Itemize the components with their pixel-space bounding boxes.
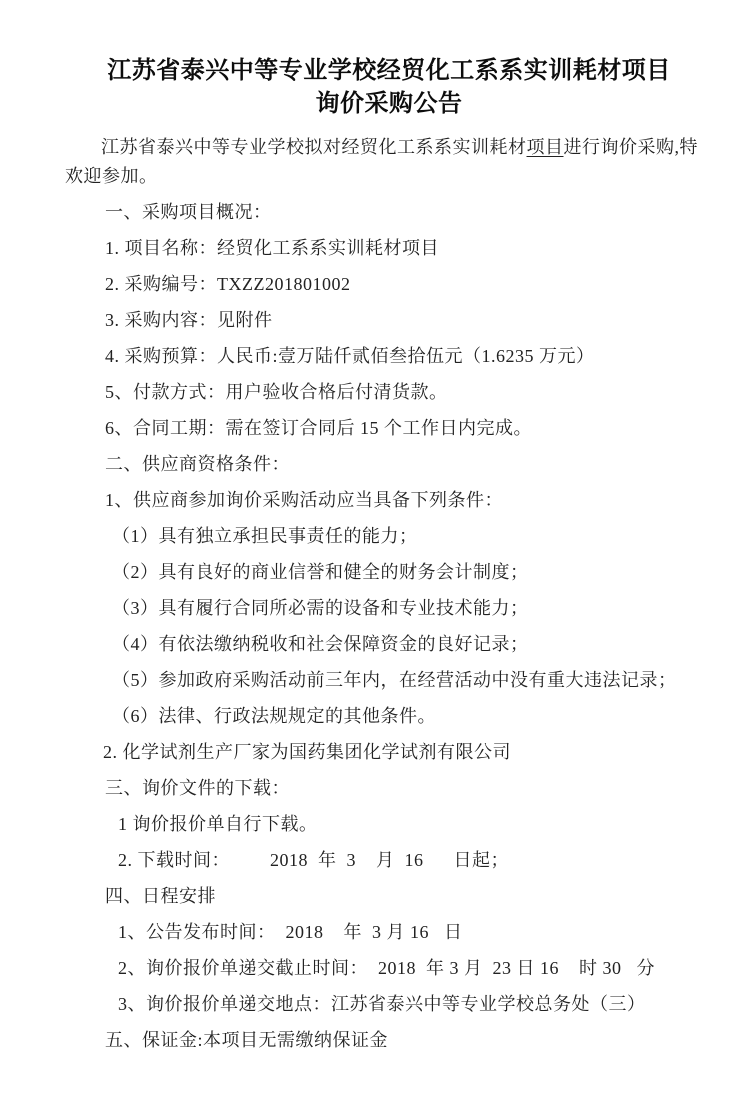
section-2-heading: 二、供应商资格条件： — [65, 450, 713, 479]
section-5-deposit: 五、保证金:本项目无需缴纳保证金 — [65, 1026, 713, 1055]
item-payment-method: 5、付款方式：用户验收合格后付清货款。 — [65, 378, 713, 407]
condition-2: （2）具有良好的商业信誉和健全的财务会计制度； — [65, 558, 713, 587]
doc-title-line1: 江苏省泰兴中等专业学校经贸化工系系实训耗材项目 — [65, 54, 713, 87]
doc-title: 江苏省泰兴中等专业学校经贸化工系系实训耗材项目 询价采购公告 — [65, 54, 713, 120]
intro-underlined-term: 项目 — [527, 137, 564, 157]
intro-line2: 欢迎参加。 — [65, 162, 713, 191]
condition-5: （5）参加政府采购活动前三年内，在经营活动中没有重大违法记录； — [65, 666, 713, 695]
section-3-heading: 三、询价文件的下载： — [65, 774, 713, 803]
doc-title-line2: 询价采购公告 — [65, 87, 713, 120]
section-4-heading: 四、日程安排 — [65, 882, 713, 911]
item-submission-location: 3、询价报价单递交地点：江苏省泰兴中等专业学校总务处（三） — [65, 990, 713, 1019]
item-submission-deadline: 2、询价报价单递交截止时间： 2018 年 3 月 23 日 16 时 30 分 — [65, 954, 713, 983]
item-procurement-budget: 4. 采购预算：人民币:壹万陆仟贰佰叁拾伍元（1.6235 万元） — [65, 342, 713, 371]
intro-text-end: 进行询价采购,特 — [564, 137, 699, 157]
condition-4: （4）有依法缴纳税收和社会保障资金的良好记录； — [65, 630, 713, 659]
item-procurement-content: 3. 采购内容：见附件 — [65, 306, 713, 335]
intro-text-pre: 江苏省泰兴中等专业学校拟对经贸化工系系实训耗材 — [101, 137, 527, 157]
item-download-time: 2. 下载时间： 2018 年 3 月 16 日起； — [65, 846, 713, 875]
condition-3: （3）具有履行合同所必需的设备和专业技术能力； — [65, 594, 713, 623]
item-project-name: 1. 项目名称：经贸化工系系实训耗材项目 — [65, 234, 713, 263]
condition-6: （6）法律、行政法规规定的其他条件。 — [65, 702, 713, 731]
condition-1: （1）具有独立承担民事责任的能力； — [65, 522, 713, 551]
section-1-heading: 一、采购项目概况： — [65, 198, 713, 227]
intro-paragraph: 江苏省泰兴中等专业学校拟对经贸化工系系实训耗材项目进行询价采购,特欢迎参加。 — [65, 133, 713, 191]
item-contract-duration: 6、合同工期：需在签订合同后 15 个工作日内完成。 — [65, 414, 713, 443]
item-announcement-time: 1、公告发布时间： 2018 年 3 月 16 日 — [65, 918, 713, 947]
document-page: 江苏省泰兴中等专业学校经贸化工系系实训耗材项目 询价采购公告 江苏省泰兴中等专业… — [0, 0, 747, 1120]
item-supplier-conditions: 1、供应商参加询价采购活动应当具备下列条件： — [65, 486, 713, 515]
item-procurement-number: 2. 采购编号：TXZZ201801002 — [65, 270, 713, 299]
item-quote-download: 1 询价报价单自行下载。 — [65, 810, 713, 839]
item-reagent-manufacturer: 2. 化学试剂生产厂家为国药集团化学试剂有限公司 — [65, 738, 713, 767]
